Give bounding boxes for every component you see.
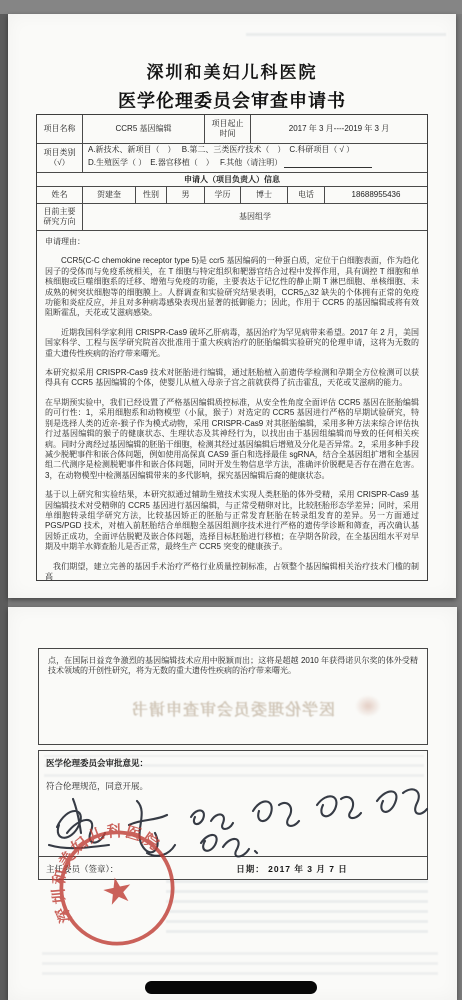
reason-paragraph: 近期我国科学家利用 CRISPR-Cas9 破坏乙肝病毒，基因治疗为罕见病带来希… — [45, 328, 419, 359]
backdrop-top-band — [0, 0, 462, 14]
research-label: 目前主要 研究方向 — [37, 204, 83, 230]
bleedthrough-ghost-strip — [246, 26, 446, 36]
other-fill-line — [284, 160, 372, 168]
category-options: A.新技术、新项目（ ） B.第二、三类医疗技术（ ） C.科研项目（ √ ） … — [83, 144, 427, 172]
redaction-bar — [145, 981, 317, 994]
applicant-header: 申请人（项目负责人）信息 — [37, 173, 427, 186]
category-options-line2-text: D.生殖医学（ ） E.器官移植（ ） F.其他（请注明） — [88, 158, 282, 167]
gender-value: 男 — [167, 187, 205, 203]
name-label: 姓名 — [37, 187, 83, 203]
phone-label: 电话 — [288, 187, 325, 203]
table-row-category: 项目类别 （√） A.新技术、新项目（ ） B.第二、三类医疗技术（ ） C.科… — [37, 144, 427, 173]
reason-paragraph: 在早期预实验中，我们已经设置了严格基因编辑质控标准，从安全性角度全面评估 CCR… — [45, 398, 419, 481]
category-options-line2: D.生殖医学（ ） E.器官移植（ ） F.其他（请注明） — [88, 158, 372, 168]
duration-label: 项目起止 时间 — [205, 115, 251, 143]
reason-paragraph: 基于以上研究和实验结果，本研究拟通过辅助生殖技术实现人类胚胎的体外受精，采用 C… — [45, 490, 419, 552]
table-row-applicant-header: 申请人（项目负责人）信息 — [37, 173, 427, 187]
table-row-applicant-info: 姓名 贺建奎 性别 男 学历 博士 电话 18688955436 — [37, 187, 427, 204]
signature-4 — [253, 801, 299, 825]
signature-3 — [191, 810, 233, 829]
bleedthrough-stamp-blob — [355, 695, 381, 717]
table-row-project: 项目名称 CCR5 基因编辑 项目起止 时间 2017 年 3 月----201… — [37, 115, 427, 144]
project-name-value: CCR5 基因编辑 — [83, 115, 205, 143]
reason-paragraph: 本研究拟采用 CRISPR-Cas9 技术对胚胎进行编辑，通过胚胎植入前遗传学检… — [45, 368, 419, 389]
reason-paragraph: 我们期望，建立完善的基因手术治疗严格行业质量控制标准，占领整个基因编辑相关治疗技… — [45, 562, 419, 583]
signature-7 — [201, 835, 257, 857]
continuation-paragraph: 点，在国际日益竞争激烈的基因编辑技术应用中脱颖而出；这将是超越 2010 年获得… — [48, 656, 418, 677]
application-table: 项目名称 CCR5 基因编辑 项目起止 时间 2017 年 3 月----201… — [36, 114, 428, 581]
category-label-line2: （√） — [49, 158, 69, 168]
approval-date: 日期： 2017 年 3 月 7 日 — [236, 863, 348, 875]
backdrop-left-edge — [0, 0, 8, 1000]
chair-signature-label: 主任委员（签章）： — [46, 863, 118, 875]
bleedthrough-ghost-rows — [166, 875, 428, 933]
application-form-page: 深圳和美妇儿科医院 医学伦理委员会审查申请书 项目名称 CCR5 基因编辑 项目… — [8, 14, 456, 598]
form-title: 医学伦理委员会审查申请书 — [8, 87, 456, 113]
reason-label: 申请理由： — [45, 237, 419, 247]
gender-label: 性别 — [136, 187, 167, 203]
signature-6 — [377, 789, 427, 813]
approval-bottom-row: 主任委员（签章）： 日期： 2017 年 3 月 7 日 — [39, 856, 427, 881]
project-name-label: 项目名称 — [37, 115, 83, 143]
degree-label: 学历 — [205, 187, 241, 203]
category-options-line1: A.新技术、新项目（ ） B.第二、三类医疗技术（ ） C.科研项目（ √ ） — [88, 145, 354, 155]
degree-value: 博士 — [241, 187, 288, 203]
phone-value: 18688955436 — [325, 187, 427, 203]
approval-page: 点，在国际日益竞争激烈的基因编辑技术应用中脱颖而出；这将是超越 2010 年获得… — [8, 607, 457, 1000]
category-label-line1: 项目类别 — [44, 148, 76, 158]
bleedthrough-ghost-rows — [42, 945, 438, 975]
signature-2 — [129, 801, 175, 856]
approval-title: 医学伦理委员会审批意见： — [39, 751, 427, 769]
signature-5 — [317, 796, 361, 818]
category-label: 项目类别 （√） — [37, 144, 83, 172]
hospital-name: 深圳和美妇儿科医院 — [8, 58, 456, 83]
committee-signatures — [41, 779, 431, 859]
approval-box: 医学伦理委员会审批意见： 符合伦理规范，同意开展。 主任委员（签章）： 日期： … — [38, 750, 428, 880]
signature-1 — [49, 799, 109, 848]
continuation-box: 点，在国际日益竞争激烈的基因编辑技术应用中脱颖而出；这将是超越 2010 年获得… — [38, 648, 428, 745]
reason-paragraph: CCR5(C-C chemokine receptor type 5)是 ccr… — [45, 256, 419, 318]
research-value: 基因组学 — [83, 204, 427, 230]
table-row-research: 目前主要 研究方向 基因组学 — [37, 204, 427, 231]
name-value: 贺建奎 — [83, 187, 136, 203]
duration-value: 2017 年 3 月----2019 年 3 月 — [251, 115, 427, 143]
application-reason-cell: 申请理由： CCR5(C-C chemokine receptor type 5… — [37, 231, 427, 580]
